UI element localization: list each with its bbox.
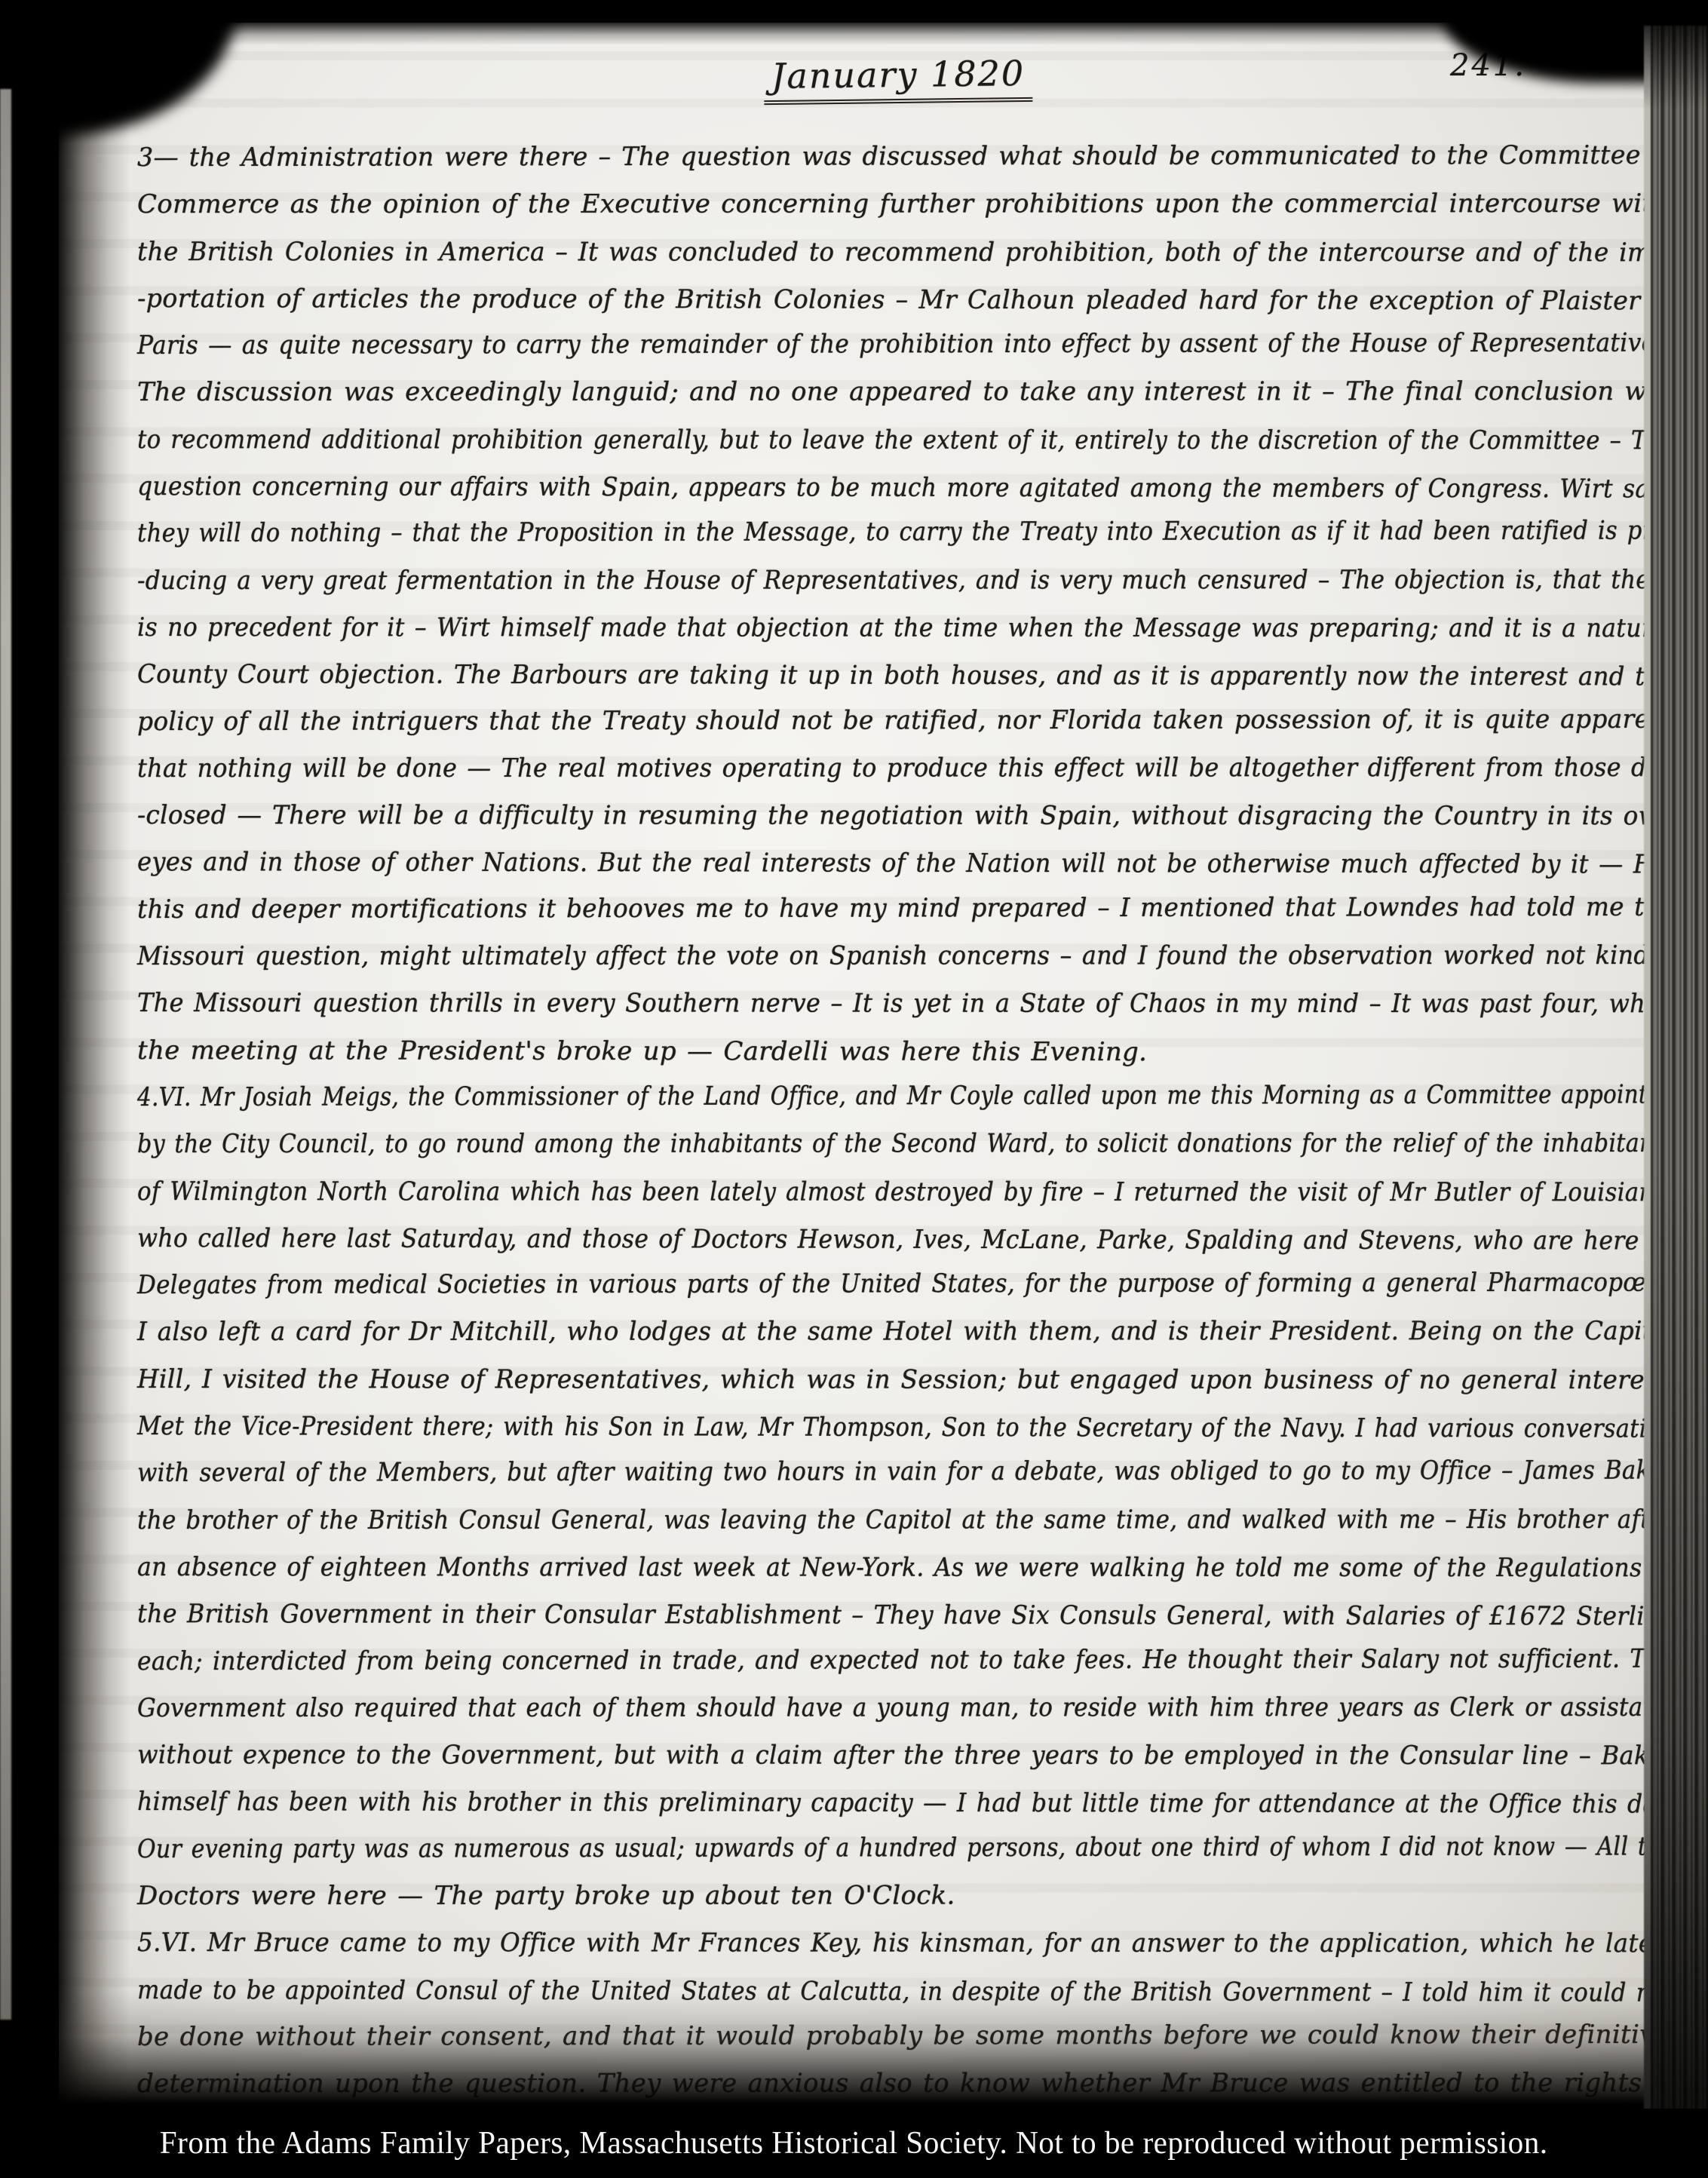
manuscript-line: 4.VI. Mr Josiah Meigs, the Commissioner … (137, 1072, 1470, 1121)
page-bottom-shadow (59, 1991, 1647, 2104)
manuscript-line: the meeting at the President's broke up … (137, 1027, 1676, 1077)
manuscript-line: The discussion was exceedingly languid; … (137, 368, 1665, 416)
manuscript-line: himself has been with his brother in thi… (137, 1778, 1564, 1828)
manuscript-line: Paris — as quite necessary to carry the … (137, 320, 1559, 370)
manuscript-line: of Wilmington North Carolina which has b… (137, 1168, 1533, 1216)
page-heading-date: January 1820 (764, 53, 1033, 105)
manuscript-line: -ducing a very great fermentation in the… (137, 557, 1541, 604)
manuscript-line: Commerce as the opinion of the Executive… (137, 180, 1676, 228)
diary-page: January 1820 241. 3— the Administration … (59, 23, 1647, 2104)
manuscript-line: The Missouri question thrills in every S… (137, 980, 1587, 1027)
manuscript-line: to recommend additional prohibition gene… (137, 416, 1530, 464)
book-page-edges (1644, 26, 1708, 2112)
manuscript-text: 3— the Administration were there – The q… (137, 134, 1685, 2107)
page-top-shadow (59, 23, 1647, 45)
archive-caption: From the Adams Family Papers, Massachuse… (160, 2125, 1548, 2161)
manuscript-line: each; interdicted from being concerned i… (137, 1635, 1556, 1685)
manuscript-line: eyes and in those of other Nations. But … (137, 839, 1594, 888)
manuscript-line: policy of all the intriguers that the Tr… (137, 695, 1627, 745)
manuscript-line: the British Colonies in America – It was… (137, 229, 1622, 276)
manuscript-line: that nothing will be done — The real mot… (137, 744, 1579, 792)
page-heading: January 1820 (764, 54, 1032, 103)
manuscript-line: Government also required that each of th… (137, 1684, 1542, 1732)
manuscript-line: the British Government in their Consular… (137, 1591, 1573, 1640)
manuscript-line: question concerning our affairs with Spa… (137, 463, 1560, 513)
manuscript-line: I also left a card for Dr Mitchill, who … (137, 1308, 1609, 1355)
page-corner-shadow-top-left (25, 0, 236, 136)
manuscript-line: an absence of eighteen Months arrived la… (137, 1544, 1566, 1591)
manuscript-line: this and deeper mortifications it behoov… (137, 884, 1615, 934)
manuscript-line: is no precedent for it – Wirt himself ma… (137, 604, 1568, 652)
manuscript-line: Met the Vice-President there; with his S… (137, 1403, 1513, 1453)
manuscript-line: who called here last Saturday, and those… (137, 1215, 1566, 1265)
manuscript-line: County Court objection. The Barbours are… (137, 651, 1607, 701)
facing-page-edge (0, 89, 11, 2020)
manuscript-line: the brother of the British Consul Genera… (137, 1496, 1539, 1544)
book-gutter-shadow (59, 23, 130, 2104)
manuscript-line: Doctors were here — The party broke up a… (137, 1872, 1676, 1919)
manuscript-line: without expence to the Government, but w… (137, 1732, 1596, 1779)
manuscript-line: they will do nothing – that the Proposit… (137, 508, 1525, 557)
manuscript-line: -closed — There will be a difficulty in … (137, 792, 1620, 839)
manuscript-line: with several of the Members, but after w… (137, 1447, 1535, 1497)
manuscript-line: Delegates from medical Societies in vari… (137, 1259, 1540, 1309)
manuscript-photo: January 1820 241. 3— the Administration … (0, 0, 1708, 2178)
manuscript-line: 5.VI. Mr Bruce came to my Office with Mr… (137, 1919, 1611, 1967)
book-page-edges-shading (1644, 26, 1708, 2112)
archive-caption-bar: From the Adams Family Papers, Massachuse… (0, 2109, 1708, 2178)
manuscript-line: Missouri question, might ultimately affe… (137, 932, 1578, 980)
manuscript-line: by the City Council, to go round among t… (137, 1120, 1503, 1167)
manuscript-line: Our evening party was as numerous as usu… (137, 1823, 1498, 1873)
manuscript-line: 3— the Administration were there – The q… (137, 132, 1644, 182)
manuscript-line: Hill, I visited the House of Representat… (137, 1356, 1627, 1403)
manuscript-line: -portation of articles the produce of th… (137, 275, 1648, 325)
